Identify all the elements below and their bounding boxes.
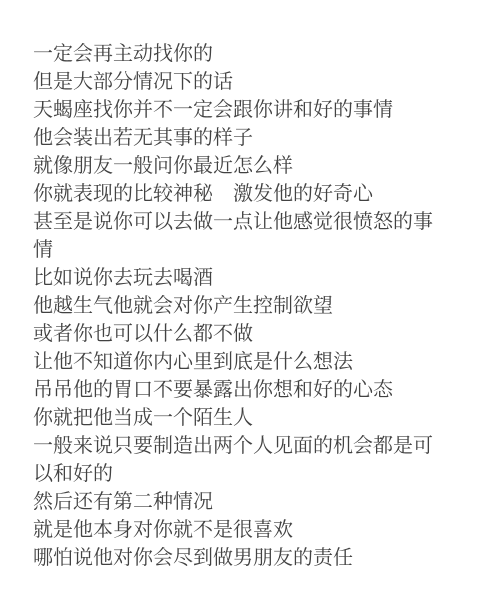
text-line: 就像朋友一般问你最近怎么样 xyxy=(33,152,443,180)
text-line: 一定会再主动找你的 xyxy=(33,40,443,68)
text-line: 或者你也可以什么都不做 xyxy=(33,320,443,348)
text-line: 比如说你去玩去喝酒 xyxy=(33,264,443,292)
text-line: 你就表现的比较神秘 激发他的好奇心 xyxy=(33,180,443,208)
text-line: 让他不知道你内心里到底是什么想法 xyxy=(33,348,443,376)
text-page: 一定会再主动找你的但是大部分情况下的话天蝎座找你并不一定会跟你讲和好的事情他会装… xyxy=(0,0,443,572)
text-line: 你就把他当成一个陌生人 xyxy=(33,404,443,432)
text-line: 但是大部分情况下的话 xyxy=(33,68,443,96)
text-line: 就是他本身对你就不是很喜欢 xyxy=(33,516,443,544)
text-line: 他会装出若无其事的样子 xyxy=(33,124,443,152)
text-line: 天蝎座找你并不一定会跟你讲和好的事情 xyxy=(33,96,443,124)
text-line: 哪怕说他对你会尽到做男朋友的责任 xyxy=(33,544,443,572)
text-line: 一般来说只要制造出两个人见面的机会都是可以和好的 xyxy=(33,432,443,488)
text-line: 然后还有第二种情况 xyxy=(33,488,443,516)
text-line: 甚至是说你可以去做一点让他感觉很愤怒的事情 xyxy=(33,208,443,264)
text-line: 吊吊他的胃口不要暴露出你想和好的心态 xyxy=(33,376,443,404)
text-line: 他越生气他就会对你产生控制欲望 xyxy=(33,292,443,320)
